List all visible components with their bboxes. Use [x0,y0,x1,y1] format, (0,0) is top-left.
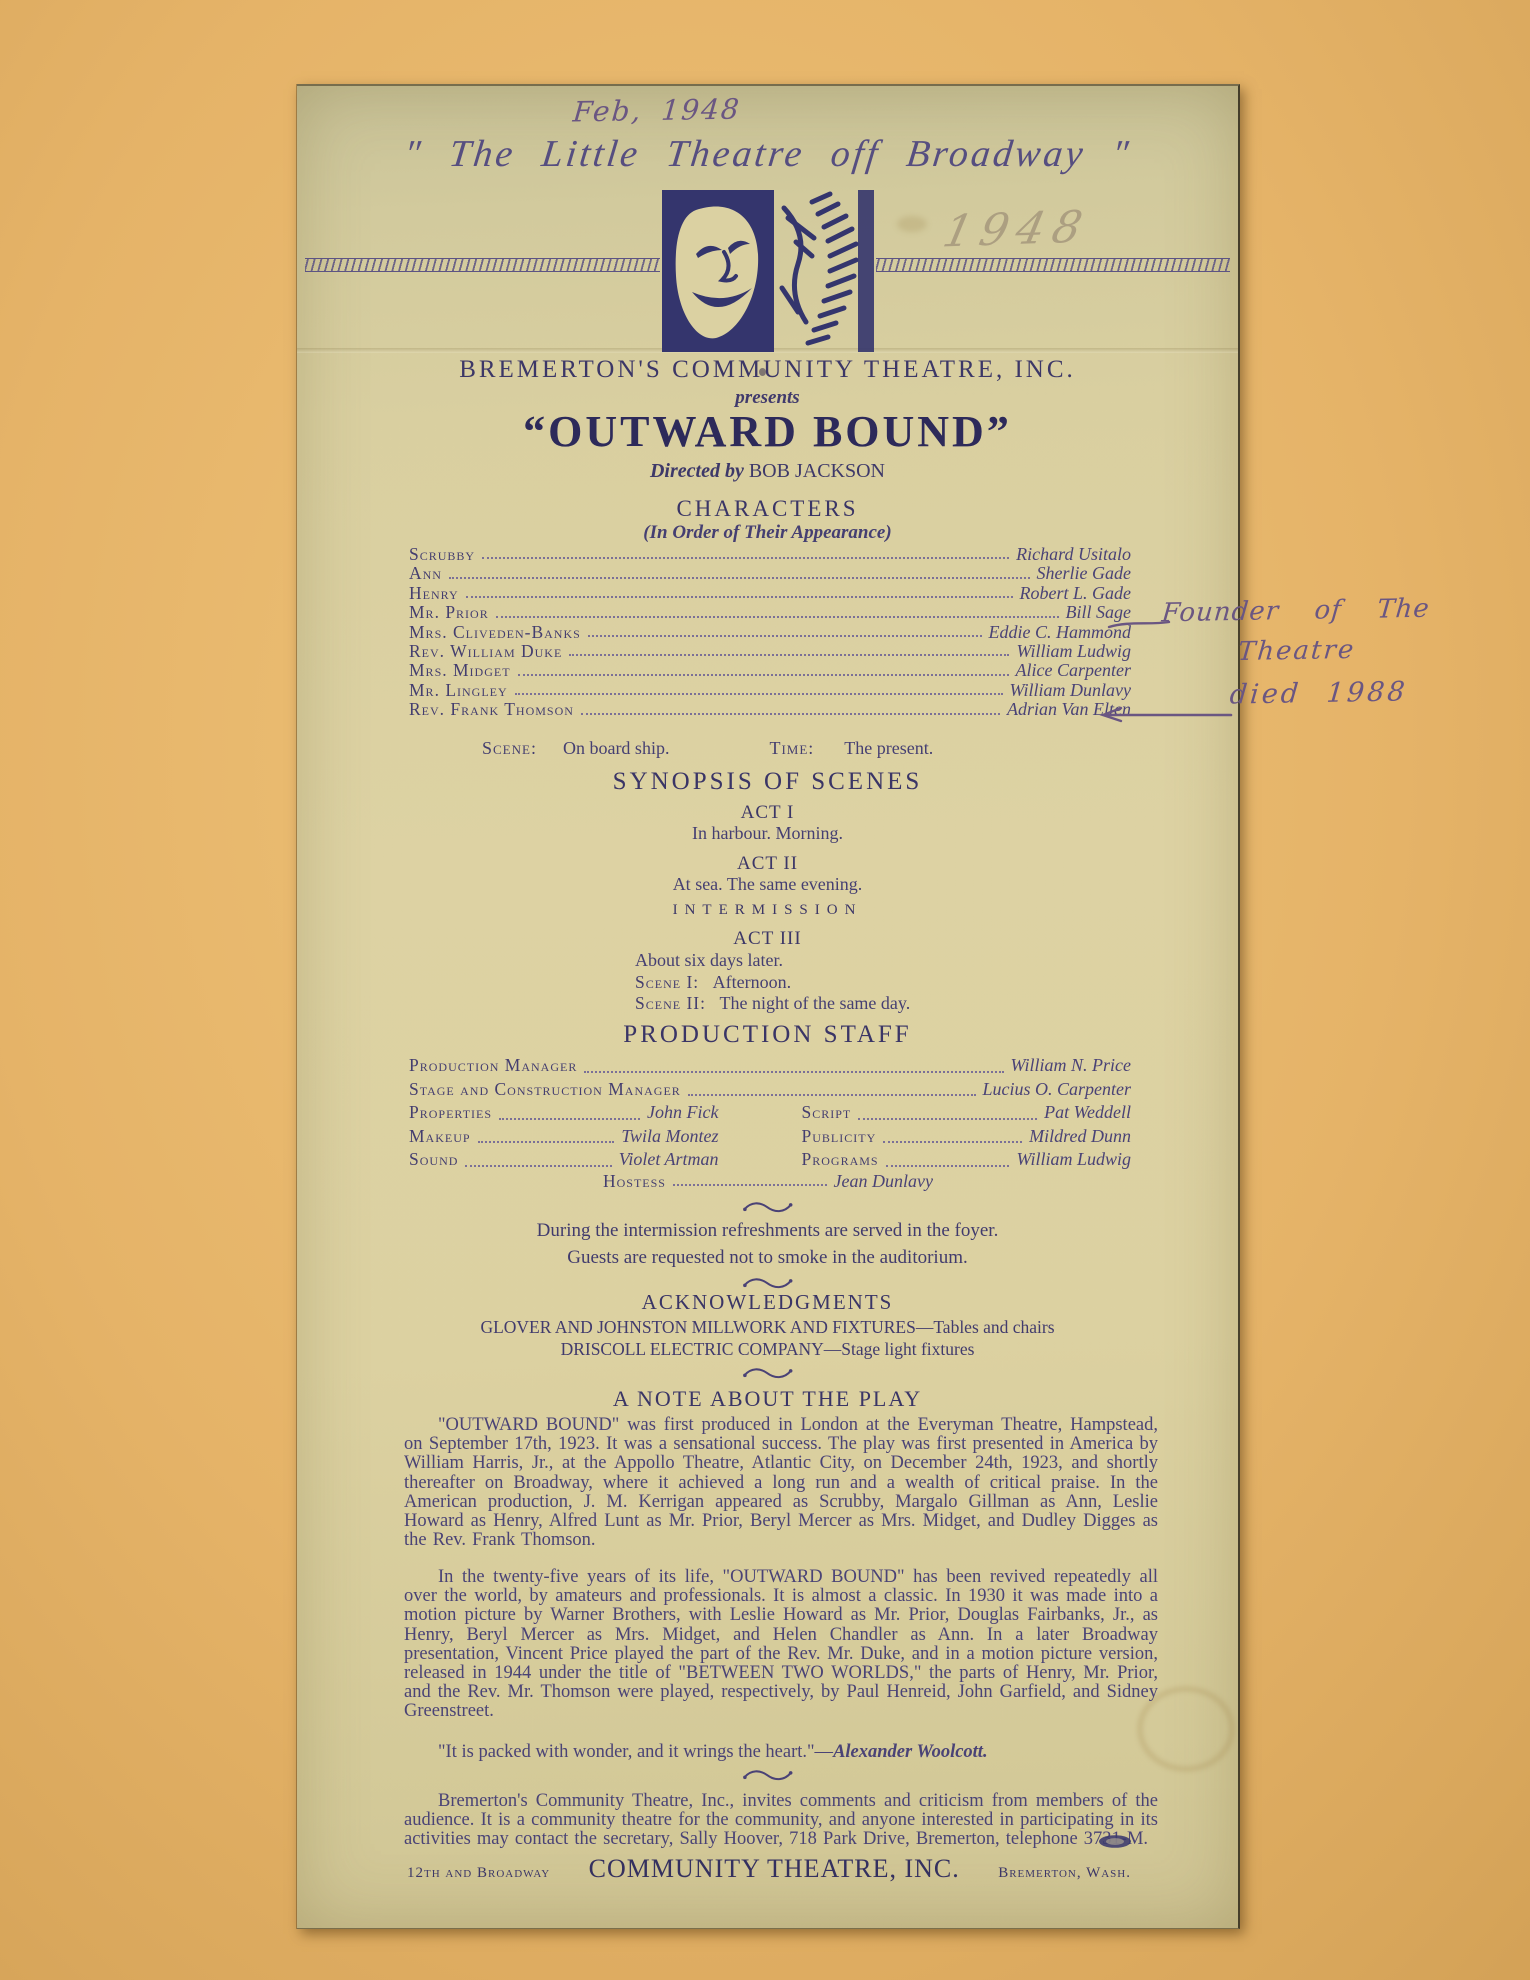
note-paragraph-1: "OUTWARD BOUND" was first produced in Lo… [404,1416,1158,1550]
tagline: " The Little Theatre off Broadway " [294,132,1240,176]
handwritten-died-note: died 1988 [1228,676,1408,710]
act3-scene-list: About six days later. Scene I: Afternoon… [635,950,1135,1015]
cast-list: ScrubbyRichard Usitalo AnnSherlie Gade H… [409,545,1131,720]
note-paragraph-2: In the twenty-five years of its life, "O… [404,1568,1158,1722]
union-bug [1097,1834,1133,1854]
role-name: Ann [409,564,442,583]
paper-stain [897,216,927,232]
no-smoking-notice: Guests are requested not to smoke in the… [297,1247,1238,1269]
director-credit: Directed by BOB JACKSON [297,460,1238,483]
actor-name: Alice Carpenter [1016,661,1131,680]
act3-heading: ACT III [297,928,1238,950]
dotted-leader [673,1184,827,1186]
intermission-label: INTERMISSION [297,902,1238,919]
refreshments-notice: During the intermission refreshments are… [297,1220,1238,1242]
staff-role: Production Manager [409,1054,577,1078]
act1-description: In harbour. Morning. [297,823,1238,844]
handwritten-year-note: 1948 [938,197,1211,257]
staff-name: Twila Montez [621,1125,718,1149]
scene1-label: Scene I: [635,972,699,992]
staff-name: John Fick [647,1101,718,1125]
cast-row: ScrubbyRichard Usitalo [409,545,1131,564]
dotted-leader [518,674,1009,676]
dotted-leader [886,1165,1010,1167]
program-page: Feb, 1948 " The Little Theatre off Broad… [297,84,1240,1929]
quote-attribution: Alexander Woolcott. [833,1742,988,1762]
actor-name: William Dunlavy [1010,681,1131,700]
divider-ornament [297,1200,1238,1221]
staff-role: Script [802,1101,852,1125]
act3-scene2: Scene II: The night of the same day. [635,993,1135,1015]
actor-name: William Ludwig [1016,642,1131,661]
comedy-tragedy-masks-logo [662,190,874,352]
staff-role: Sound [409,1148,458,1172]
role-name: Mr. Lingley [409,681,508,700]
dotted-leader [581,713,1000,715]
dotted-leader [499,1118,640,1120]
closing-paragraph: Bremerton's Community Theatre, Inc., inv… [404,1792,1158,1850]
cast-row: Rev. William DukeWilliam Ludwig [409,642,1131,661]
cast-order-note: (In Order of Their Appearance) [297,522,1238,544]
directed-by-label: Directed by [650,460,744,482]
staff-row-two-column: SoundViolet Artman ProgramsWilliam Ludwi… [409,1148,1131,1172]
staff-row-two-column: MakeupTwila Montez PublicityMildred Dunn [409,1125,1131,1149]
staff-role: Publicity [802,1125,877,1149]
masks-logo-graphic [662,190,874,352]
dotted-leader [465,1165,611,1167]
acknowledgments-heading: ACKNOWLEDGMENTS [297,1290,1238,1315]
staff-cell: SoundViolet Artman [409,1148,719,1172]
dotted-leader [449,577,1030,579]
staff-cell: PropertiesJohn Fick [409,1101,719,1125]
cast-row: Mr. PriorBill Sage [409,603,1131,622]
footer-address: 12th and Broadway [407,1865,550,1882]
cast-row: Mrs. MidgetAlice Carpenter [409,661,1131,680]
role-name: Mr. Prior [409,603,489,622]
staff-name: Violet Artman [619,1148,719,1172]
staff-cell: MakeupTwila Montez [409,1125,719,1149]
note-heading: A NOTE ABOUT THE PLAY [297,1386,1238,1412]
actor-name: Richard Usitalo [1016,545,1131,564]
act3-scene1: Scene I: Afternoon. [635,972,1135,994]
dotted-leader [466,596,1013,598]
time-value: The present. [844,738,933,758]
actor-name: Robert L. Gade [1020,584,1132,603]
scene-time-line: Scene:On board ship.Time:The present. [409,738,1204,759]
cast-row: Rev. Frank ThomsonAdrian Van Elten [409,700,1131,719]
staff-role: Makeup [409,1125,471,1149]
staff-role: Hostess [603,1172,666,1191]
pencil-arrow-stroke [1095,706,1235,724]
staff-name: Jean Dunlavy [834,1172,933,1191]
scene2-label: Scene II: [635,993,706,1013]
divider-ornament [297,1768,1238,1789]
staff-name: William N. Price [1011,1054,1132,1078]
cast-row: HenryRobert L. Gade [409,584,1131,603]
staff-cell: PublicityMildred Dunn [802,1125,1131,1149]
dotted-leader [569,654,1009,656]
handwritten-founder-note: Theatre [1237,635,1357,667]
acknowledgment-line: DRISCOLL ELECTRIC COMPANY—Stage light fi… [297,1339,1238,1360]
quote-text: "It is packed with wonder, and it wrings… [438,1742,833,1762]
hostess-row: HostessJean Dunlavy [603,1172,933,1191]
organization-name: BREMERTON'S COMMUNITY THEATRE, INC. [297,356,1238,384]
act1-heading: ACT I [297,802,1238,824]
handwritten-founder-note: Founder of The [1160,594,1431,629]
chain-segment [876,258,1231,272]
staff-row: Stage and Construction ManagerLucius O. … [409,1078,1131,1102]
staff-cell: ProgramsWilliam Ludwig [802,1148,1131,1172]
dotted-leader [688,1094,976,1096]
dotted-leader [588,635,982,637]
staff-cell: ScriptPat Weddell [802,1101,1131,1125]
time-label: Time: [769,738,814,758]
staff-name: Pat Weddell [1044,1101,1131,1125]
chain-segment [305,258,660,272]
role-name: Rev. William Duke [409,642,562,661]
production-staff-list: Production ManagerWilliam N. Price Stage… [409,1054,1131,1172]
cast-row: Mrs. Cliveden-BanksEddie C. Hammond [409,623,1131,642]
synopsis-heading: SYNOPSIS OF SCENES [297,768,1238,796]
cast-row: Mr. LingleyWilliam Dunlavy [409,681,1131,700]
staff-name: Lucius O. Carpenter [983,1078,1132,1102]
dotted-leader [858,1118,1037,1120]
director-name: BOB JACKSON [749,460,885,482]
role-name: Mrs. Cliveden-Banks [409,623,581,642]
footer-line: 12th and Broadway COMMUNITY THEATRE, INC… [407,1854,1131,1884]
act2-heading: ACT II [297,853,1238,875]
staff-role: Properties [409,1101,492,1125]
divider-ornament [297,1366,1238,1387]
role-name: Henry [409,584,459,603]
dotted-leader [515,693,1003,695]
scene-label: Scene: [482,738,537,758]
production-staff-heading: PRODUCTION STAFF [297,1021,1238,1049]
footer-city: Bremerton, Wash. [998,1865,1131,1882]
scanned-program-photo: Feb, 1948 " The Little Theatre off Broad… [0,0,1530,1980]
dotted-leader [883,1141,1022,1143]
characters-heading: CHARACTERS [297,496,1238,522]
scene-value: On board ship. [563,738,670,758]
staff-name: William Ludwig [1016,1148,1131,1172]
dotted-leader [496,616,1059,618]
actor-name: Sherlie Gade [1037,564,1131,583]
staff-role: Stage and Construction Manager [409,1078,681,1102]
staff-row-two-column: PropertiesJohn Fick ScriptPat Weddell [409,1101,1131,1125]
acknowledgment-line: GLOVER AND JOHNSTON MILLWORK AND FIXTURE… [297,1317,1238,1338]
dotted-leader [478,1141,615,1143]
play-title: “OUTWARD BOUND” [297,406,1238,457]
dotted-leader [584,1071,1003,1073]
scene2-value: The night of the same day. [719,993,910,1013]
footer-theatre-name: COMMUNITY THEATRE, INC. [589,1854,960,1884]
staff-row: Production ManagerWilliam N. Price [409,1054,1131,1078]
act3-description: About six days later. [635,950,1135,972]
role-name: Rev. Frank Thomson [409,700,574,719]
role-name: Mrs. Midget [409,661,511,680]
staff-role: Programs [802,1148,879,1172]
staff-name: Mildred Dunn [1029,1125,1131,1149]
role-name: Scrubby [409,545,475,564]
cast-row: AnnSherlie Gade [409,564,1131,583]
dotted-leader [482,557,1009,559]
critic-quote: "It is packed with wonder, and it wrings… [404,1742,1158,1763]
scene1-value: Afternoon. [713,972,791,992]
handwritten-date-note: Feb, 1948 [445,90,869,130]
act2-description: At sea. The same evening. [297,874,1238,895]
